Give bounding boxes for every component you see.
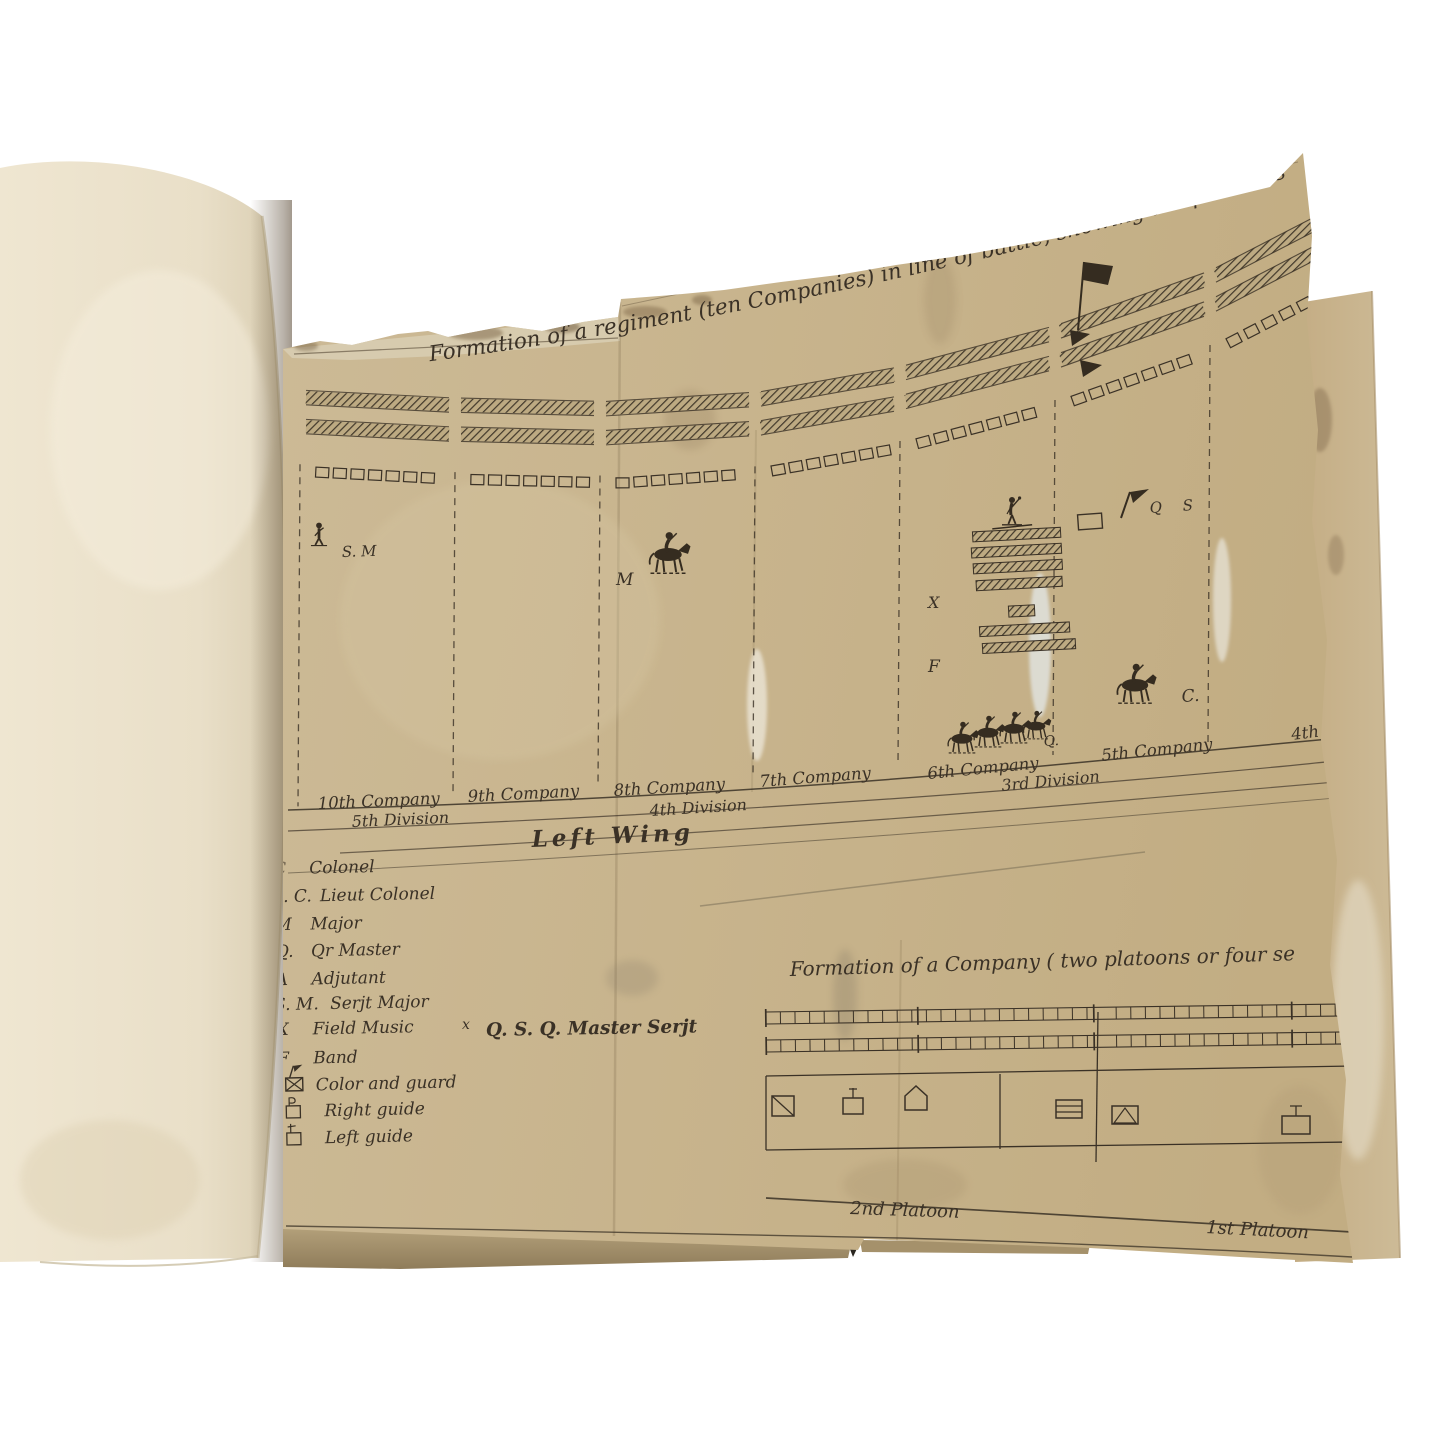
marker-f: F: [927, 657, 941, 677]
marker-sm: S. M: [342, 542, 378, 561]
book-illustration: Formation of a regiment (ten Companies) …: [0, 0, 1445, 1445]
legend-item: Left guide: [324, 1126, 413, 1148]
marker-q: Q.: [1043, 733, 1059, 750]
marker-m: M: [615, 570, 634, 590]
legend-item: FBand: [276, 1047, 358, 1069]
marker-x: X: [926, 593, 940, 612]
marker-c: C.: [1181, 686, 1200, 707]
legend-item: L. C.Lieut Colonel: [271, 884, 436, 907]
marker-qs: Q S: [1149, 495, 1201, 517]
legend-item: Right guide: [323, 1099, 425, 1121]
legend-note-symbol: x: [462, 1017, 470, 1033]
book-photo: Formation of a regiment (ten Companies) …: [0, 0, 1445, 1445]
legend-note: Q. S. Q. Master Serjt: [486, 1016, 698, 1041]
legend-item: S. M.Serjt Major: [274, 992, 430, 1015]
legend-item: Color and guard: [316, 1072, 457, 1095]
platoon-label-2nd: 2nd Platoon: [849, 1198, 960, 1223]
legend-item: MMajor: [273, 913, 362, 935]
left-blank-page: [0, 161, 286, 1265]
company-label-4: 4th: [1289, 722, 1320, 744]
